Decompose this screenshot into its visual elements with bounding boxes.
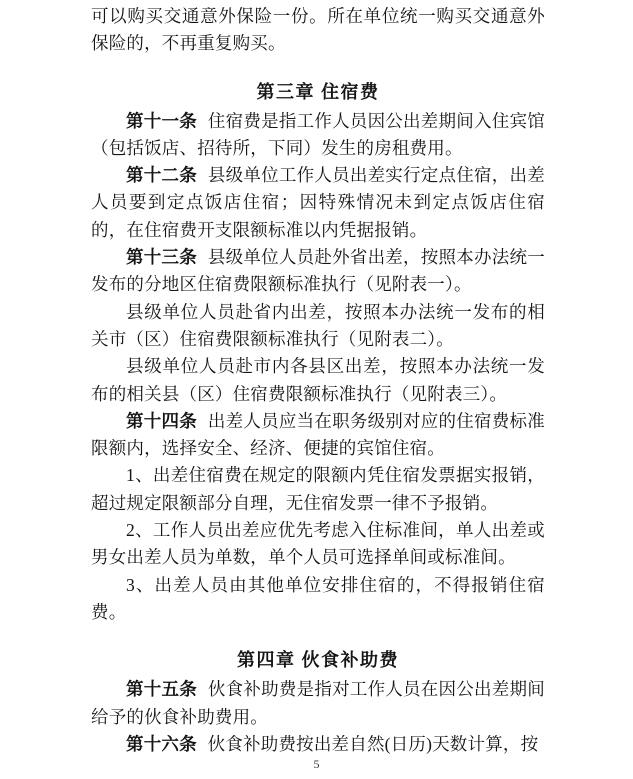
paragraph-text: 2、工作人员出差应优先考虑入住标准间，单人出差或男女出差人员为单数，单个人员可选… (91, 520, 545, 567)
body-paragraph: 县级单位人员赴省内出差，按照本办法统一发布的相关市（区）住宿费限额标准执行（见附… (91, 299, 545, 354)
paragraph-continuation: 可以购买交通意外保险一份。所在单位统一购买交通意外保险的，不再重复购买。 (91, 3, 545, 58)
article-paragraph: 第十一条住宿费是指工作人员因公出差期间入住宾馆（包括饭店、招待所，下同）发生的房… (91, 108, 545, 163)
paragraph-text: 县级单位人员赴市内各县区出差，按照本办法统一发布的相关县（区）住宿费限额标准执行… (91, 356, 545, 403)
article-number: 第十六条 (126, 734, 208, 754)
body-paragraph: 县级单位人员赴市内各县区出差，按照本办法统一发布的相关县（区）住宿费限额标准执行… (91, 353, 545, 408)
list-item-paragraph: 2、工作人员出差应优先考虑入住标准间，单人出差或男女出差人员为单数，单个人员可选… (91, 517, 545, 572)
paragraph-text: 可以购买交通意外保险一份。所在单位统一购买交通意外保险的，不再重复购买。 (91, 6, 545, 53)
page-number: 5 (0, 757, 633, 772)
chapter-heading-3: 第三章 住宿费 (91, 79, 545, 106)
article-number: 第十二条 (126, 165, 208, 185)
document-page: 可以购买交通意外保险一份。所在单位统一购买交通意外保险的，不再重复购买。 第三章… (0, 0, 633, 779)
paragraph-text: 县级单位人员赴省内出差，按照本办法统一发布的相关市（区）住宿费限额标准执行（见附… (91, 302, 545, 349)
article-number: 第十四条 (126, 411, 208, 431)
chapter-heading-4: 第四章 伙食补助费 (91, 647, 545, 674)
article-number: 第十一条 (126, 111, 208, 131)
article-paragraph: 第十四条出差人员应当在职务级别对应的住宿费标准限额内，选择安全、经济、便捷的宾馆… (91, 408, 545, 463)
article-number: 第十三条 (126, 247, 208, 267)
article-paragraph: 第十六条伙食补助费按出差自然(日历)天数计算，按 (91, 731, 545, 758)
paragraph-text: 3、出差人员由其他单位安排住宿的，不得报销住宿费。 (91, 575, 545, 622)
paragraph-text: 伙食补助费按出差自然(日历)天数计算，按 (208, 734, 539, 754)
article-paragraph: 第十二条县级单位工作人员出差实行定点住宿，出差人员要到定点饭店住宿；因特殊情况未… (91, 162, 545, 244)
list-item-paragraph: 3、出差人员由其他单位安排住宿的，不得报销住宿费。 (91, 572, 545, 627)
article-paragraph: 第十三条县级单位人员赴外省出差，按照本办法统一发布的分地区住宿费限额标准执行（见… (91, 244, 545, 299)
paragraph-text: 1、出差住宿费在规定的限额内凭住宿发票据实报销，超过规定限额部分自理，无住宿发票… (91, 465, 545, 512)
article-number: 第十五条 (126, 679, 208, 699)
article-paragraph: 第十五条伙食补助费是指对工作人员在因公出差期间给予的伙食补助费用。 (91, 676, 545, 731)
list-item-paragraph: 1、出差住宿费在规定的限额内凭住宿发票据实报销，超过规定限额部分自理，无住宿发票… (91, 462, 545, 517)
